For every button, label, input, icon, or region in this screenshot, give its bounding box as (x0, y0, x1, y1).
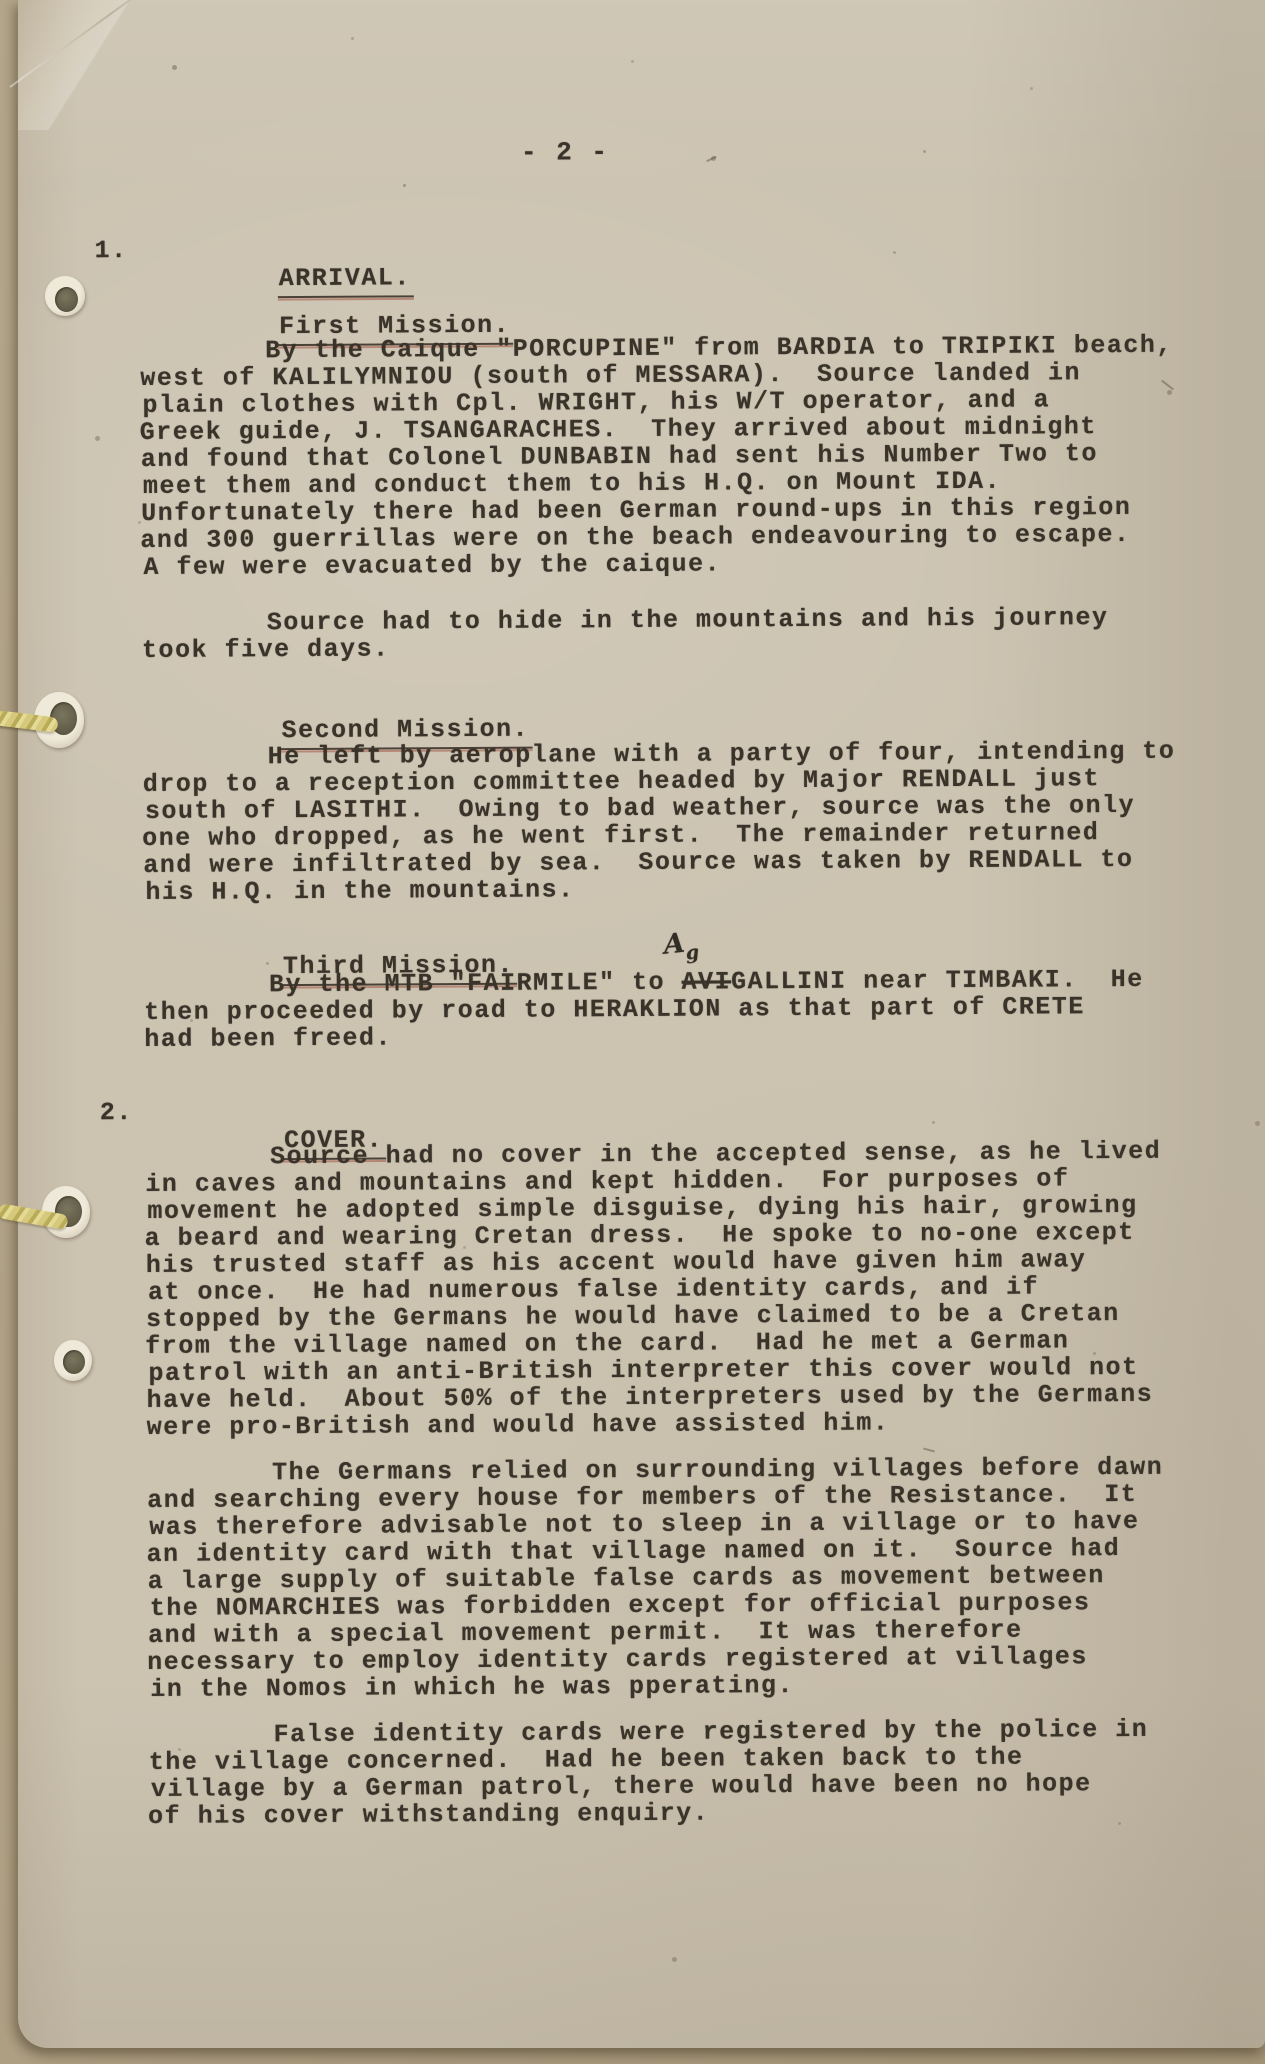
paragraph: He left by aeroplane with a party of fou… (143, 738, 1204, 906)
text-line: were pro-British and would have assisted… (147, 1408, 1207, 1441)
section-number: 1. (94, 236, 127, 265)
handwritten-subscript: g (685, 941, 701, 964)
struck-text: AVI (682, 967, 732, 996)
text-line: of his cover withstanding enquiry. (148, 1796, 1209, 1829)
text-line: and were infiltrated by sea. Source was … (143, 846, 1203, 879)
handwritten-letter: A (662, 928, 686, 961)
handwritten-annotation: Ag (662, 926, 700, 966)
paragraph: By the Caique "PORCUPINE" from BARDIA to… (140, 332, 1201, 581)
text-line: A few were evacuated by the caique. (143, 548, 1201, 581)
scanned-document-page: - 2 - 1. ARRIVAL. First Mission. By the … (0, 0, 1265, 2064)
paragraph: False identity cards were registered by … (149, 1715, 1210, 1829)
paragraph: By the MTB "FAIRMILE" to AVIGALLINI near… (144, 966, 1204, 1053)
text-line: had been freed. (144, 1020, 1204, 1053)
text-line: in the Nomos in which he was pperating. (150, 1669, 1208, 1702)
page-number: - 2 - (521, 137, 609, 168)
paragraph: The Germans relied on surrounding villag… (147, 1454, 1208, 1703)
typewritten-text-layer: - 2 - 1. ARRIVAL. First Mission. By the … (0, 0, 1265, 2064)
paragraph: Source had no cover in the accepted sens… (145, 1138, 1207, 1441)
text-line: Source had to hide in the mountains and … (142, 604, 1202, 637)
paragraph: Source had to hide in the mountains and … (142, 604, 1202, 664)
text-line: his H.Q. in the mountains. (145, 873, 1203, 906)
paragraph-continuation: then proceeded by road to HERAKLION as t… (144, 993, 1204, 1053)
section-number: 2. (100, 1098, 133, 1127)
text-line: then proceeded by road to HERAKLION as t… (144, 993, 1204, 1026)
text-line: took five days. (142, 631, 1202, 664)
